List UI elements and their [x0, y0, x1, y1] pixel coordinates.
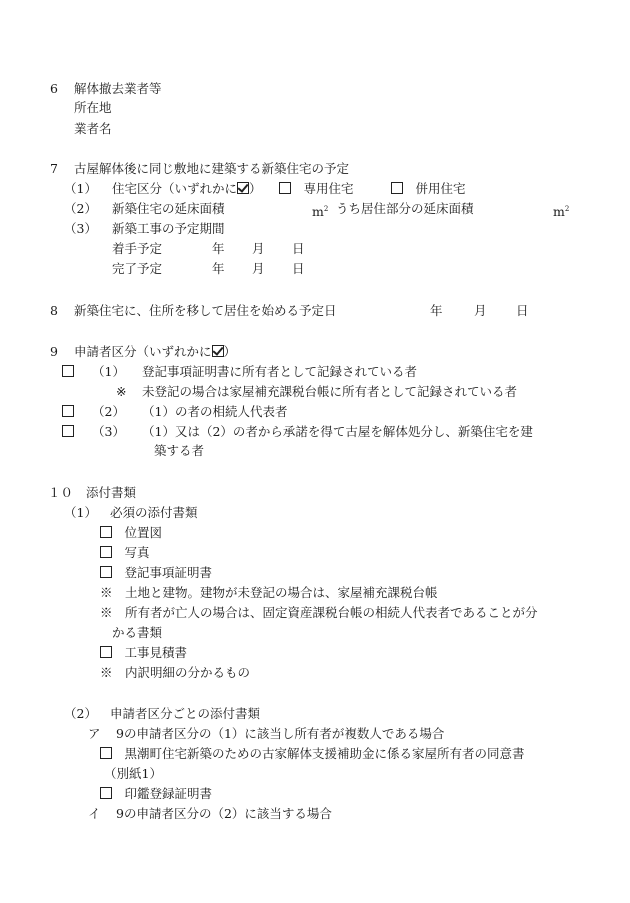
applicant-docs-title: 申請者区分ごとの添付書類 — [110, 705, 260, 723]
case-b-text: 9の申請者区分の（2）に該当する場合 — [116, 805, 332, 823]
move-in-day-label: 日 — [516, 302, 529, 320]
construction-period-label: 新築工事の予定期間 — [112, 220, 225, 238]
section-9-number: 9 — [50, 343, 58, 361]
end-planned-label: 完了予定 — [112, 260, 162, 278]
doc-construction-estimate[interactable]: 工事見積書 — [100, 644, 187, 662]
required-docs-number: （1） — [64, 504, 97, 522]
checkbox-applicant-3[interactable] — [62, 423, 74, 441]
move-in-year-label: 年 — [430, 302, 443, 320]
note-breakdown: ※ 内訳明細の分かるもの — [100, 664, 250, 682]
case-a-text: 9の申請者区分の（1）に該当し所有者が複数人である場合 — [116, 725, 444, 743]
doc-photo[interactable]: 写真 — [100, 544, 150, 562]
checkbox-icon[interactable] — [100, 646, 112, 658]
start-year-label: 年 — [212, 240, 225, 258]
start-day-label: 日 — [292, 240, 305, 258]
start-planned-label: 着手予定 — [112, 240, 162, 258]
section-9-title: 申請者区分（いずれかに） — [74, 343, 236, 361]
section-10-title: 添付書類 — [86, 484, 136, 502]
doc-seal-certificate[interactable]: 印鑑登録証明書 — [100, 785, 212, 803]
section-7-title: 古屋解体後に同じ敷地に建築する新築住宅の予定 — [74, 160, 349, 178]
checkbox-icon[interactable] — [100, 566, 112, 578]
applicant-docs-number: （2） — [64, 705, 97, 723]
applicant-note-mark: ※ — [116, 383, 126, 401]
section-8-title: 新築住宅に、住所を移して居住を始める予定日 — [74, 302, 337, 320]
note-land-building: ※ 土地と建物。建物が未登記の場合は、家屋補充課税台帳 — [100, 584, 438, 602]
end-day-label: 日 — [292, 260, 305, 278]
checkbox-dedicated-housing[interactable] — [279, 182, 291, 194]
case-b-label: イ — [88, 805, 101, 823]
section-8-number: 8 — [50, 302, 58, 320]
floor-area-unit: m2 — [312, 200, 328, 221]
start-month-label: 月 — [252, 240, 265, 258]
item-7-3-number: （3） — [64, 220, 97, 238]
doc-owner-consent[interactable]: 黒潮町住宅新築のための古家解体支援補助金に係る家屋所有者の同意書 — [100, 745, 525, 763]
checkbox-icon[interactable] — [100, 526, 112, 538]
checkbox-icon[interactable] — [100, 747, 112, 759]
checkbox-combined-housing[interactable] — [391, 182, 403, 194]
checkbox-icon[interactable] — [62, 405, 74, 417]
note-deceased-owner: ※ 所有者が亡人の場合は、固定資産課税台帳の相続人代表者であることが分 — [100, 604, 538, 622]
option-dedicated-housing[interactable]: 専用住宅 — [279, 180, 354, 198]
move-in-month-label: 月 — [474, 302, 487, 320]
housing-type-label: 住宅区分（いずれかに） — [112, 180, 262, 198]
checkmark-icon — [237, 182, 249, 194]
contractor-name-label: 業者名 — [74, 120, 112, 138]
checkmark-icon — [212, 345, 224, 357]
section-6-number: 6 — [50, 80, 58, 98]
doc-owner-consent-cont: （別紙1） — [104, 765, 162, 783]
end-year-label: 年 — [212, 260, 225, 278]
section-10-number: １０ — [48, 484, 73, 502]
contractor-address-label: 所在地 — [74, 99, 112, 117]
applicant-1-number: （1） — [92, 363, 125, 381]
end-month-label: 月 — [252, 260, 265, 278]
required-docs-title: 必須の添付書類 — [110, 504, 198, 522]
floor-area-label: 新築住宅の延床面積 — [112, 200, 225, 218]
section-6-title: 解体撤去業者等 — [74, 80, 162, 98]
checkbox-icon[interactable] — [62, 365, 74, 377]
doc-location-map[interactable]: 位置図 — [100, 524, 162, 542]
applicant-3-number: （3） — [92, 423, 125, 441]
checkbox-icon[interactable] — [62, 425, 74, 437]
doc-registry-certificate[interactable]: 登記事項証明書 — [100, 564, 212, 582]
section-7-number: 7 — [50, 160, 58, 178]
item-7-2-number: （2） — [64, 200, 97, 218]
residential-floor-area-unit: m2 — [553, 200, 569, 221]
note-deceased-owner-cont: かる書類 — [112, 624, 162, 642]
applicant-2-text: （1）の者の相続人代表者 — [142, 403, 287, 421]
option-combined-housing[interactable]: 併用住宅 — [391, 180, 466, 198]
applicant-2-number: （2） — [92, 403, 125, 421]
checkbox-applicant-1[interactable] — [62, 363, 74, 381]
checkbox-applicant-2[interactable] — [62, 403, 74, 421]
checkbox-icon[interactable] — [100, 546, 112, 558]
applicant-note-text: 未登記の場合は家屋補充課税台帳に所有者として記録されている者 — [142, 383, 517, 401]
applicant-3-text: （1）又は（2）の者から承諾を得て古屋を解体処分し、新築住宅を建 — [142, 423, 533, 441]
case-a-label: ア — [88, 725, 101, 743]
applicant-3-text-cont: 築する者 — [154, 442, 204, 460]
applicant-1-text: 登記事項証明書に所有者として記録されている者 — [142, 363, 417, 381]
checkbox-icon[interactable] — [100, 787, 112, 799]
residential-floor-area-label: うち居住部分の延床面積 — [336, 200, 474, 218]
item-7-1-number: （1） — [64, 180, 97, 198]
